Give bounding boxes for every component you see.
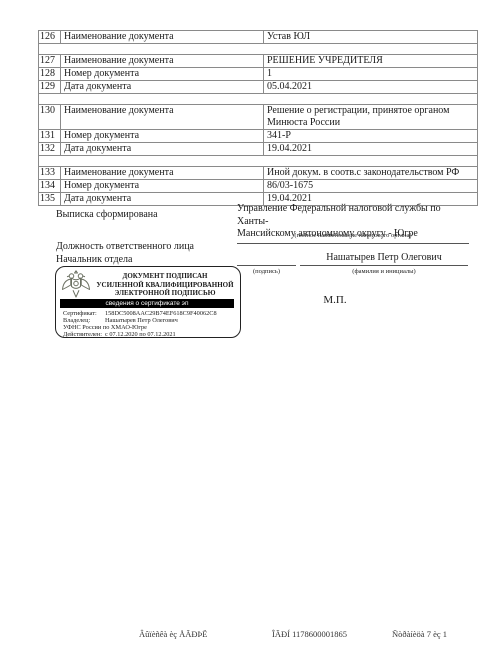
row-number-cell: 126 <box>39 31 61 44</box>
row-number-cell: 128 <box>39 68 61 81</box>
table-row: 130Наименование документаРешение о регис… <box>39 105 478 130</box>
table-spacer-cell <box>39 94 61 105</box>
row-label-cell: Номер документа <box>61 68 264 81</box>
row-number-cell: 135 <box>39 193 61 206</box>
stamp-certificate-bar: сведения о сертификате эп <box>60 299 234 308</box>
table-spacer-cell <box>264 156 478 167</box>
row-value-cell: 341-Р <box>264 130 478 143</box>
signatory-name-caption: (фамилия и инициалы) <box>300 268 468 275</box>
row-label-cell: Наименование документа <box>61 167 264 180</box>
row-label-cell: Наименование документа <box>61 31 264 44</box>
tax-authority-caption: (полное наименование налогового органа) <box>237 232 469 239</box>
row-label-cell: Дата документа <box>61 143 264 156</box>
row-number-cell: 131 <box>39 130 61 143</box>
row-value-cell: Устав ЮЛ <box>264 31 478 44</box>
row-label-cell: Наименование документа <box>61 55 264 68</box>
table-spacer-cell <box>264 44 478 55</box>
row-value-cell: РЕШЕНИЕ УЧРЕДИТЕЛЯ <box>264 55 478 68</box>
row-value-cell: 1 <box>264 68 478 81</box>
table-row: 134Номер документа86/03-1675 <box>39 180 478 193</box>
table-spacer-cell <box>39 44 61 55</box>
row-label-cell: Номер документа <box>61 130 264 143</box>
row-number-cell: 133 <box>39 167 61 180</box>
table-row: 132Дата документа19.04.2021 <box>39 143 478 156</box>
footer-document-type: Âûïèñêà èç ÅÃÐÞË <box>139 629 207 639</box>
validity-row: Действителен: с 07.12.2020 по 07.12.2021 <box>63 332 235 339</box>
stamp-title-line3: ЭЛЕКТРОННОЙ ПОДПИСЬЮ <box>94 289 236 298</box>
row-value-cell: Иной докум. в соотв.с законодательством … <box>264 167 478 180</box>
row-number-cell: 129 <box>39 81 61 94</box>
validity-value: с 07.12.2020 по 07.12.2021 <box>105 332 176 339</box>
signature-line <box>237 252 296 266</box>
row-value-cell: Решение о регистрации, принятое органом … <box>264 105 478 130</box>
signatory-position-value: Начальник отдела <box>56 253 194 266</box>
validity-label: Действителен: <box>63 332 105 339</box>
tax-authority-name-line1: Управление Федеральной налоговой службы … <box>237 203 469 228</box>
row-label-cell: Дата документа <box>61 193 264 206</box>
row-label-cell: Дата документа <box>61 81 264 94</box>
table-row: 128Номер документа1 <box>39 68 478 81</box>
document-table-body: 126Наименование документаУстав ЮЛ127Наим… <box>39 31 478 206</box>
signatory-name: Нашатырев Петр Олегович <box>300 252 468 266</box>
stamp-title: ДОКУМЕНТ ПОДПИСАН УСИЛЕННОЙ КВАЛИФИЦИРОВ… <box>94 272 236 298</box>
row-value-cell: 05.04.2021 <box>264 81 478 94</box>
table-row: 129Дата документа05.04.2021 <box>39 81 478 94</box>
row-number-cell: 132 <box>39 143 61 156</box>
electronic-signature-stamp: ДОКУМЕНТ ПОДПИСАН УСИЛЕННОЙ КВАЛИФИЦИРОВ… <box>55 266 241 338</box>
row-label-cell: Наименование документа <box>61 105 264 130</box>
extract-formed-label: Выписка сформирована <box>56 208 158 221</box>
table-row: 131Номер документа341-Р <box>39 130 478 143</box>
row-number-cell: 130 <box>39 105 61 130</box>
table-spacer-cell <box>61 94 264 105</box>
russian-coat-of-arms-icon <box>61 270 91 300</box>
stamp-certificate-info: Сертификат: 158DC5008AAC29B74EF618C9F400… <box>63 311 235 339</box>
row-label-cell: Номер документа <box>61 180 264 193</box>
table-spacer-row <box>39 156 478 167</box>
footer-ogrn: ÎÃÐÍ 1178600001865 <box>272 629 347 639</box>
table-row: 133Наименование документаИной докум. в с… <box>39 167 478 180</box>
table-spacer-cell <box>61 156 264 167</box>
document-page: 126Наименование документаУстав ЮЛ127Наим… <box>0 0 500 647</box>
row-number-cell: 134 <box>39 180 61 193</box>
signatory-position: Должность ответственного лица Начальник … <box>56 240 194 266</box>
table-spacer-cell <box>61 44 264 55</box>
signatory-position-label: Должность ответственного лица <box>56 240 194 253</box>
seal-place-mark: М.П. <box>300 294 370 306</box>
stamp-title-line2: УСИЛЕННОЙ КВАЛИФИЦИРОВАННОЙ <box>94 281 236 290</box>
row-value-cell: 86/03-1675 <box>264 180 478 193</box>
table-row: 126Наименование документаУстав ЮЛ <box>39 31 478 44</box>
table-spacer-row <box>39 44 478 55</box>
row-value-cell: 19.04.2021 <box>264 143 478 156</box>
table-row: 127Наименование документаРЕШЕНИЕ УЧРЕДИТ… <box>39 55 478 68</box>
signature-caption: (подпись) <box>237 268 296 275</box>
table-spacer-cell <box>39 156 61 167</box>
table-spacer-row <box>39 94 478 105</box>
document-table: 126Наименование документаУстав ЮЛ127Наим… <box>38 30 478 206</box>
stamp-title-line1: ДОКУМЕНТ ПОДПИСАН <box>94 272 236 281</box>
footer-page-number: Ñòðàíèöà 7 èç 1 <box>392 629 447 639</box>
table-spacer-cell <box>264 94 478 105</box>
row-number-cell: 127 <box>39 55 61 68</box>
